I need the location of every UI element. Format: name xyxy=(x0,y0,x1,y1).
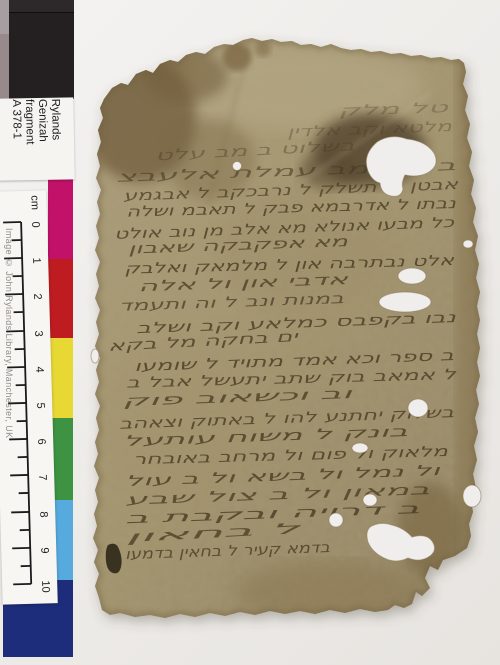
shelfmark-line: Genizah xyxy=(35,99,49,179)
shelfmark-line: fragment xyxy=(22,99,36,179)
hole xyxy=(329,513,343,527)
manuscript-svg: טל מלק מלטא וקב אלדין בשלוט ב מב עלט ב ה… xyxy=(0,0,500,665)
hole xyxy=(233,162,242,171)
copyright-watermark: Image © John Rylands Library, Manchester… xyxy=(1,228,14,538)
hole xyxy=(463,240,473,248)
ruler-number: 0 xyxy=(29,221,41,227)
shelfmark-label: Rylands Genizah fragment A 378-1 xyxy=(0,97,75,180)
hole xyxy=(463,485,481,507)
hole xyxy=(352,443,368,453)
ruler-labels: cm 0 1 2 3 4 5 6 7 8 9 10 xyxy=(28,195,51,593)
ruler-number: 8 xyxy=(37,511,49,517)
ruler-number: 2 xyxy=(31,293,43,299)
ruler-number: 1 xyxy=(30,257,42,263)
hole xyxy=(398,268,426,284)
ruler-number: 10 xyxy=(39,580,51,593)
shelfmark-line: Rylands xyxy=(48,99,62,179)
ruler-unit: cm xyxy=(28,195,40,210)
shelfmark-text: Rylands Genizah fragment A 378-1 xyxy=(10,99,63,180)
ruler-number: 5 xyxy=(34,402,46,408)
ruler-number: 6 xyxy=(35,438,47,444)
ruler-number: 3 xyxy=(32,330,44,336)
manuscript-fragment: טל מלק מלטא וקב אלדין בשלוט ב מב עלט ב ה… xyxy=(0,0,500,665)
stain-right-edge xyxy=(456,55,482,560)
hole xyxy=(91,349,99,363)
ruler-number: 4 xyxy=(33,366,45,372)
shelfmark-line: A 378-1 xyxy=(10,99,24,179)
ruler-number: 7 xyxy=(36,474,48,480)
hole xyxy=(363,494,377,506)
ruler-number: 9 xyxy=(38,547,50,553)
hole xyxy=(379,292,431,312)
hole xyxy=(408,399,428,417)
